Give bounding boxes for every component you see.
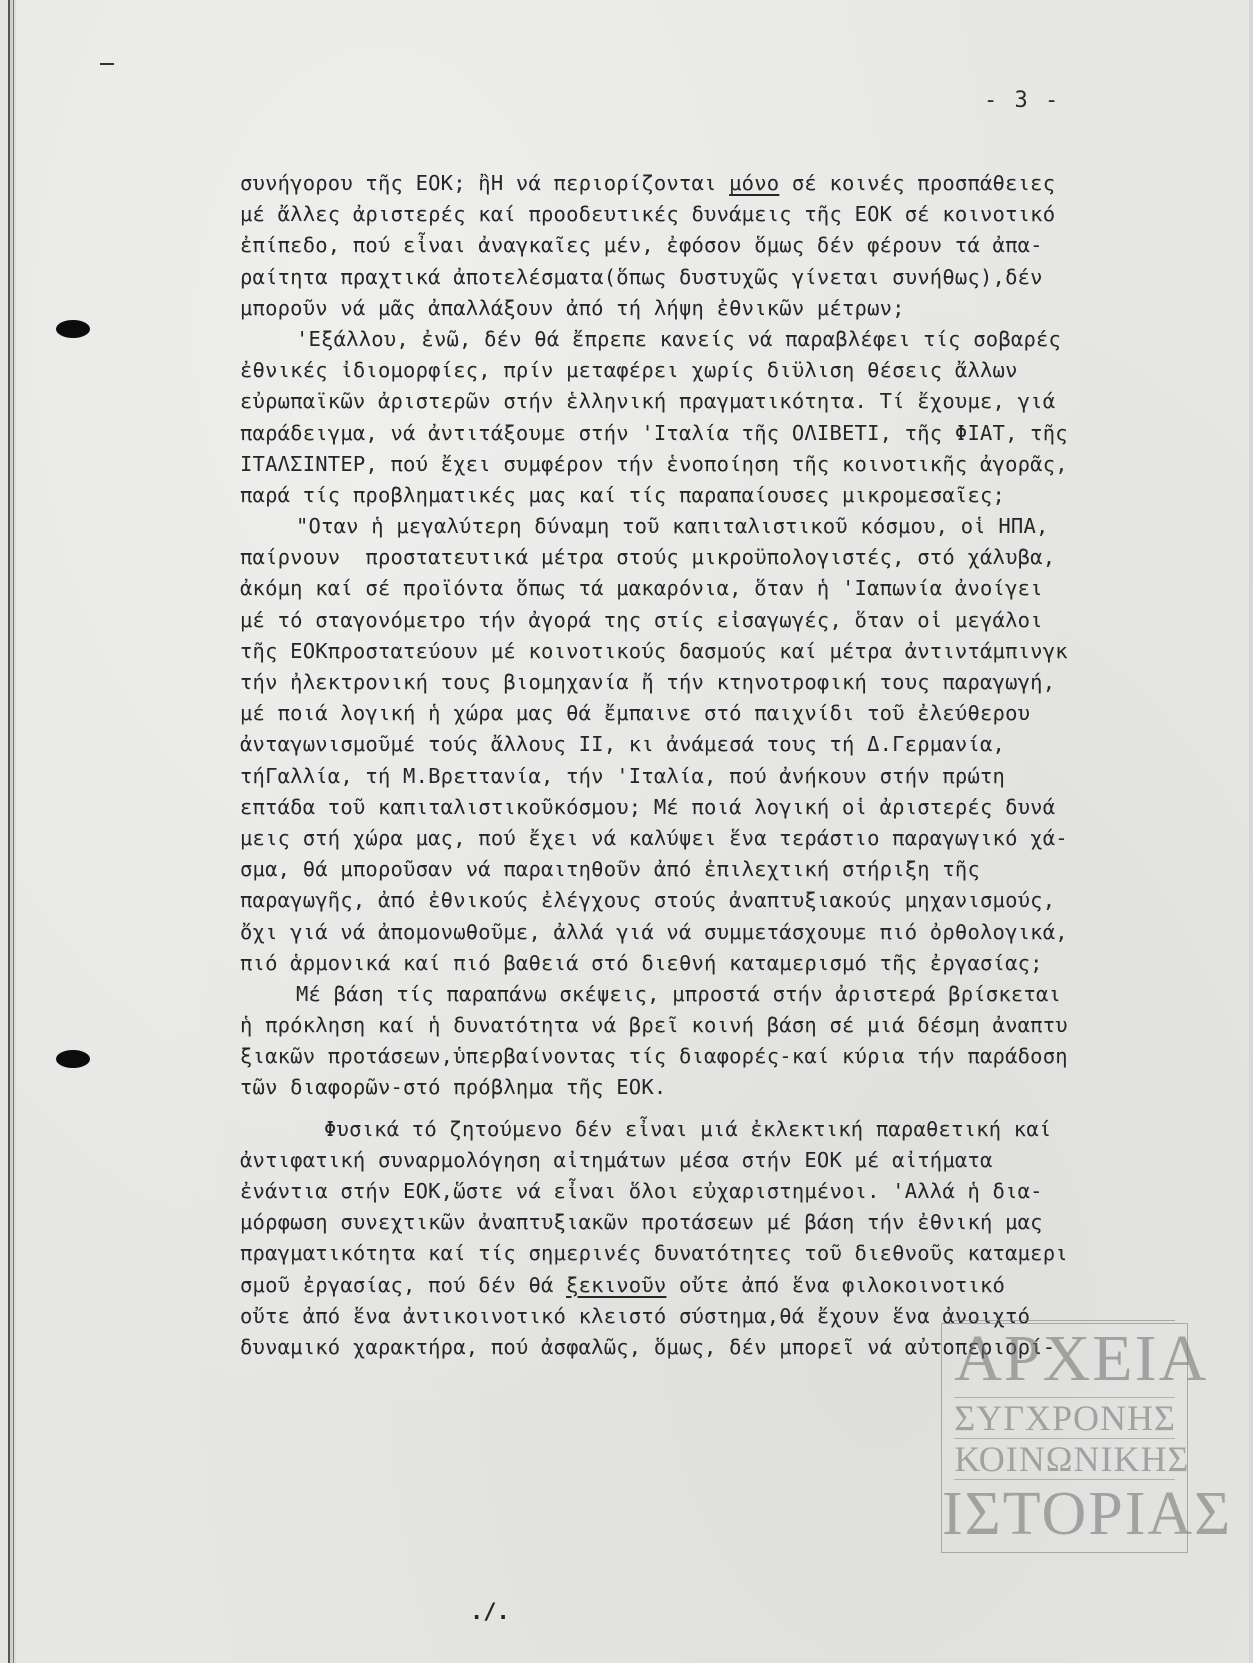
stamp-line-2: ΣΥΓΧΡΟΝΗΣ [954,1397,1175,1439]
text-line: μέ ποιά λογική ἡ χώρα μας θά ἔμπαινε στό… [240,698,1230,729]
text-line: ΙΤΑΛΣΙΝΤΕΡ, πού ἔχει συμφέρον τήν ἑνοποί… [240,449,1230,480]
text-line: ἀκόμη καί σέ προϊόντα ὅπως τά μακαρόνια,… [240,573,1230,604]
text-line: παρά τίς προβληματικές μας καί τίς παραπ… [240,480,1230,511]
scan-left-edge [8,0,16,1663]
text-line: "Οταν ἡ μεγαλύτερη δύναμη τοῦ καπιταλιστ… [240,511,1230,542]
text-line: σμοῦ ἐργασίας, πού δέν θά ξεκινοῦν οὔτε … [240,1270,1230,1301]
text-line: συνήγορου τῆς ΕΟΚ; ἢΗ νά περιορίζονται μ… [240,168,1230,199]
text-line: ἀντιφατική συναρμολόγηση αἰτημάτων μέσα … [240,1145,1230,1176]
text-line: μέ ἄλλες ἀριστερές καί προοδευτικές δυνά… [240,199,1230,230]
text-line: ἡ πρόκληση καί ἡ δυνατότητα νά βρεῖ κοιν… [240,1010,1230,1041]
text-line: δυναμικό χαρακτήρα, πού ἀσφαλῶς, ὅμως, δ… [240,1332,1230,1363]
text-line: μέ τό σταγονόμετρο τήν ἀγορά της στίς εἰ… [240,605,1230,636]
stamp-line-3: ΚΟΙΝΩΝΙΚΗΣ [954,1439,1175,1480]
scan-right-edge [1249,0,1253,1663]
underlined-word: ξεκινοῦν [566,1273,666,1297]
text-line: επτάδα τοῦ καπιταλιστικοῦκόσμου; Μέ ποιά… [240,792,1230,823]
margin-mark [100,63,114,65]
text-line: ξιακῶν προτάσεων,ὑπερβαίνοντας τίς διαφο… [240,1041,1230,1072]
punch-hole-icon [56,320,90,338]
stamp-line-4: ΙΣΤΟΡΙΑΣ [942,1480,1187,1548]
text-line: τῶν διαφορῶν-στό πρόβλημα τῆς ΕΟΚ. [240,1072,1230,1103]
continuation-mark: ./. [470,1600,510,1625]
text-line: μποροῦν νά μᾶς ἀπαλλάξουν ἀπό τή λήψη ἐθ… [240,293,1230,324]
text-line: ἐπίπεδο, πού εἶναι ἀναγκαῖες μέν, ἐφόσον… [240,230,1230,261]
text-line: ραίτητα πραχτικά ἀποτελέσματα(ὅπως δυστυ… [240,262,1230,293]
text-line: τήΓαλλία, τή Μ.Βρεττανία, τήν 'Ιταλία, π… [240,761,1230,792]
text-line: εὐρωπαϊκῶν ἀριστερῶν στήν ἑλληνική πραγμ… [240,386,1230,417]
underlined-word: μόνο [729,171,779,195]
text-line: 'Εξάλλου, ἐνῶ, δέν θά ἔπρεπε κανείς νά π… [240,324,1230,355]
text-line: παίρνουν προστατευτικά μέτρα στούς μικρο… [240,542,1230,573]
text-line: τήν ἠλεκτρονική τους βιομηχανία ἤ τήν κτ… [240,667,1230,698]
text-line: μεις στή χώρα μας, πού ἔχει νά καλύψει ἕ… [240,823,1230,854]
typewritten-body: συνήγορου τῆς ΕΟΚ; ἢΗ νά περιορίζονται μ… [240,168,1230,1363]
text-line: τῆς ΕΟΚπροστατεύουν μέ κοινοτικούς δασμο… [240,636,1230,667]
text-line: πιό ἁρμονικά καί πιό βαθειά στό διεθνή κ… [240,948,1230,979]
page-number: - 3 - [984,88,1060,113]
text-line: σμα, θά μποροῦσαν νά παραιτηθοῦν ἀπό ἐπι… [240,854,1230,885]
text-line: Φυσικά τό ζητούμενο δέν εἶναι μιά ἐκλεκτ… [240,1114,1230,1145]
text-line: πραγματικότητα καί τίς σημερινές δυνατότ… [240,1238,1230,1269]
punch-hole-icon [56,1050,90,1068]
text-line: οὔτε ἀπό ἕνα ἀντικοινοτικό κλειστό σύστη… [240,1301,1230,1332]
text-line: ἐνάντια στήν ΕΟΚ,ὥστε νά εἶναι ὅλοι εὐχα… [240,1176,1230,1207]
text-line: παράδειγμα, νά ἀντιτάξουμε στήν 'Ιταλία … [240,418,1230,449]
text-line: ἐθνικές ἰδιομορφίες, πρίν μεταφέρει χωρί… [240,355,1230,386]
text-line: ὄχι γιά νά ἀπομονωθοῦμε, ἀλλά γιά νά συμ… [240,917,1230,948]
text-line: μόρφωση συνεχτικῶν ἀναπτυξιακῶν προτάσεω… [240,1207,1230,1238]
text-line: Μέ βάση τίς παραπάνω σκέψεις, μπροστά στ… [240,979,1230,1010]
text-line: ἀνταγωνισμοῦμέ τούς ἄλλους ΙΙ, κι ἀνάμεσ… [240,729,1230,760]
document-page: - 3 - συνήγορου τῆς ΕΟΚ; ἢΗ νά περιορίζο… [8,0,1253,1663]
text-line: παραγωγῆς, ἀπό ἐθνικούς ἐλέγχους στούς ἀ… [240,885,1230,916]
